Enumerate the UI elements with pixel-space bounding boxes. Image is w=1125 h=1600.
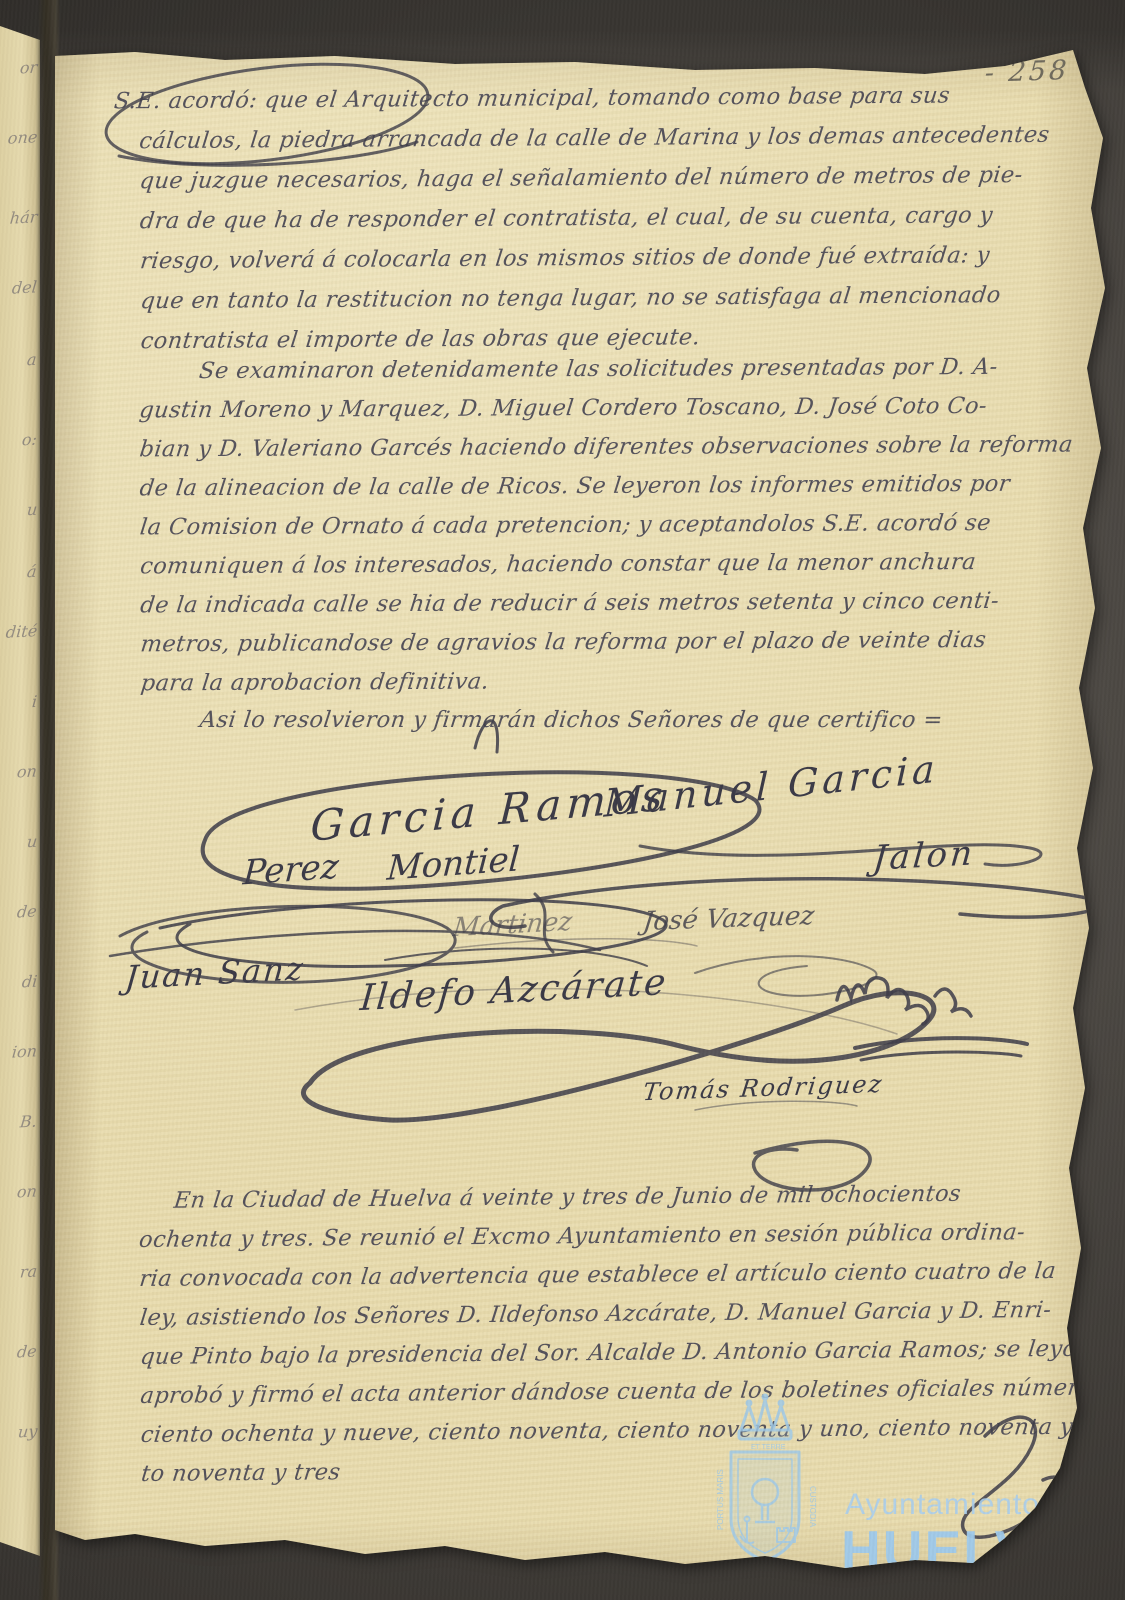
handwriting-fragment: del (11, 277, 38, 297)
paragraph-next-session: En la Ciudad de Huelva á veinte y tres d… (114, 1174, 1082, 1494)
handwriting-fragment: uy (17, 1422, 38, 1442)
paragraph-resolution: S.E. acordó: que el Arquitecto municipal… (114, 75, 1081, 362)
manuscript-line: riesgo, volverá á colocarla en los mismo… (113, 235, 1083, 282)
manuscript-line: metros, publicandose de agravios la refo… (113, 620, 1083, 664)
handwriting-fragment: or (19, 58, 38, 78)
previous-page-edge: or one hár del a o: u á dité i on u de d… (0, 0, 40, 1600)
handwriting-fragment: i (31, 692, 38, 711)
signature-ildefonso-azcarate: Ildefo Azcárate (358, 962, 669, 1019)
manuscript-line: bian y D. Valeriano Garcés haciendo dife… (112, 425, 1082, 469)
manuscript-line: cálculos, la piedra arrancada de la call… (112, 115, 1082, 162)
signature-perez: Perez (242, 847, 340, 894)
manuscript-line: Asi lo resolvieron y firmarán dichos Señ… (113, 700, 1083, 740)
tower-icon (777, 1528, 795, 1542)
anchor-icon (740, 1517, 754, 1544)
signature-montiel: Montiel (386, 839, 521, 889)
handwriting-fragment: on (16, 761, 38, 781)
handwriting-fragment: á (27, 562, 38, 581)
paragraph-petitions: Se examinaron detenidamente las solicitu… (114, 347, 1081, 703)
handwriting-fragment: di (21, 972, 38, 992)
manuscript-line: que juzgue necesarios, haga el señalamie… (112, 155, 1082, 202)
manuscript-line: comuniquen á los interesados, haciendo c… (113, 542, 1083, 586)
handwriting-fragment: u (26, 832, 38, 852)
manuscript-page: - 258 - S.E. acordó: que el Arquitecto m… (55, 48, 1105, 1588)
handwriting-fragment: ion (11, 1041, 38, 1061)
manuscript-line: de la indicada calle se hia de reducir á… (113, 581, 1083, 625)
motto-right: CUSTODIA (808, 1486, 817, 1528)
manuscript-line: que en tanto la restitucion no tenga lug… (113, 275, 1083, 322)
manuscript-line: de la alineacion de la calle de Ricos. S… (113, 464, 1083, 508)
signature-flourish-jose-vazquez (695, 956, 877, 996)
handwriting-fragment: hár (9, 207, 38, 227)
handwriting-fragment: o: (21, 430, 38, 450)
handwriting-fragment: one (7, 127, 38, 148)
manuscript-line: Se examinaron detenidamente las solicitu… (112, 347, 1082, 391)
manuscript-line: la Comision de Ornato á cada pretencion;… (113, 503, 1083, 547)
watermark-org-name: Ayuntamiento de (845, 1488, 1125, 1522)
archival-photo-of-manuscript: or one hár del a o: u á dité i on u de d… (0, 0, 1125, 1600)
handwriting-fragment: de (16, 901, 38, 921)
watermark-city-name: HUELVA (841, 1518, 1125, 1582)
signature-jose-vazquez: José Vazquez (641, 901, 816, 937)
signature-tomas-rodriguez: Tomás Rodriguez (641, 1070, 885, 1107)
illegible-scrawl (837, 978, 1027, 1060)
handwriting-fragment: on (16, 1181, 38, 1201)
manuscript-line: gustin Moreno y Marquez, D. Miguel Corde… (112, 386, 1082, 430)
signature-martinez: Martinez (451, 907, 573, 943)
manuscript-line: S.E. acordó: que el Arquitecto municipal… (112, 75, 1082, 122)
signature-flourish-manuel-garcia (640, 845, 1041, 866)
manuscript-line: para la aprobacion definitiva. (114, 659, 1084, 703)
handwriting-fragment: ra (19, 1262, 38, 1282)
signature-manuel-garcia: Manuel Garcia (603, 746, 939, 826)
handwriting-fragment: a (27, 350, 38, 369)
signature-jalon: Jalon (871, 833, 977, 879)
handwriting-fragment: u (26, 500, 38, 520)
handwriting-fragment: dité (5, 621, 38, 642)
closing-formula: Asi lo resolvieron y firmarán dichos Señ… (115, 700, 1080, 740)
handwriting-fragment: de (16, 1341, 38, 1361)
handwriting-fragment: B. (19, 1112, 38, 1132)
signature-juan-sanz: Juan Sanz (123, 949, 306, 997)
manuscript-line: dra de que ha de responder el contratist… (113, 195, 1083, 242)
